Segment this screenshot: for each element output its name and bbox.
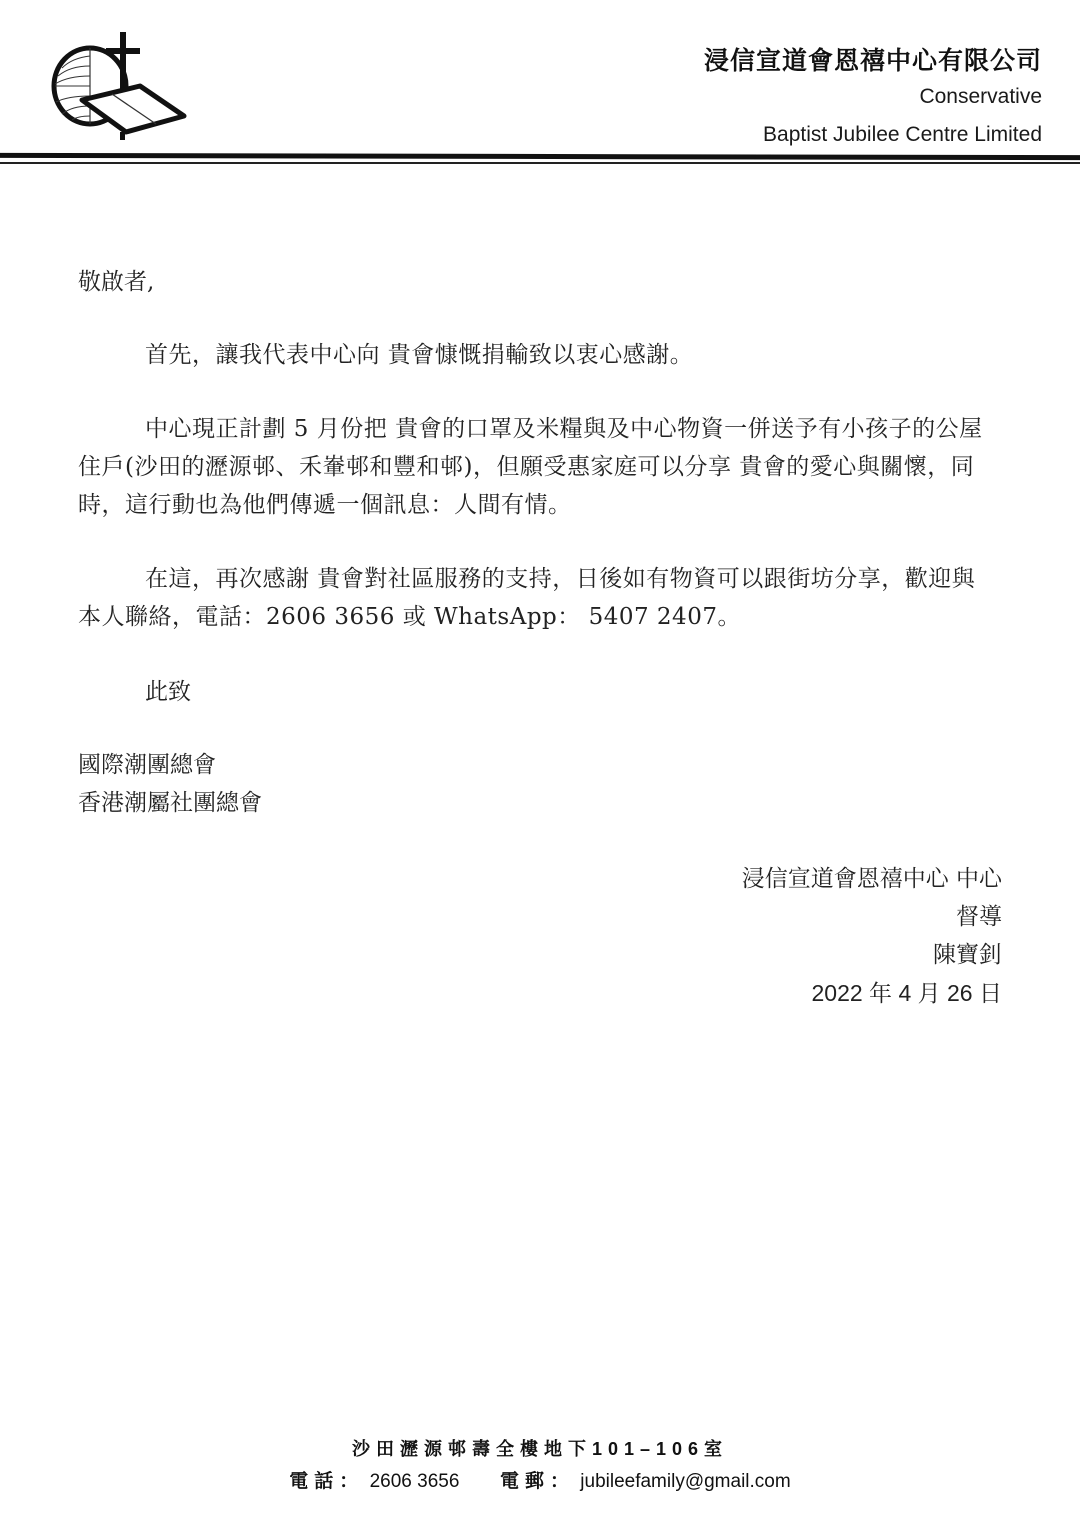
- footer: 沙田瀝源邨壽全樓地下101–106室 電話： 2606 3656 電郵： jub…: [0, 1434, 1080, 1498]
- paragraph-plan: 中心現正計劃 5 月份把 貴會的口罩及米糧與及中心物資一併送予有小孩子的公屋住戶…: [78, 410, 998, 524]
- organization-name-english-line2: Baptist Jubilee Centre Limited: [704, 116, 1042, 154]
- letterhead: 浸信宣道會恩禧中心有限公司 Conservative Baptist Jubil…: [704, 44, 1042, 154]
- signature-date: 2022 年 4 月 26 日: [742, 974, 1002, 1012]
- phone-number: 2606 3656: [370, 1471, 460, 1492]
- paragraph-contact: 在這，再次感謝 貴會對社區服務的支持，日後如有物資可以跟街坊分享，歡迎與本人聯絡…: [78, 560, 998, 636]
- letterhead-divider-thick: [0, 153, 1080, 160]
- recipient: 國際潮團總會: [78, 746, 998, 784]
- organization-logo: [50, 28, 190, 140]
- letterhead-divider-thin: [0, 162, 1080, 164]
- recipient: 香港潮屬社團總會: [78, 784, 998, 822]
- letter-body: 敬啟者, 首先，讓我代表中心向 貴會慷慨捐輸致以衷心感謝。 中心現正計劃 5 月…: [78, 262, 998, 822]
- recipients: 國際潮團總會 香港潮屬社團總會: [78, 746, 998, 822]
- organization-name-chinese: 浸信宣道會恩禧中心有限公司: [704, 44, 1042, 78]
- paragraph-thanks: 首先，讓我代表中心向 貴會慷慨捐輸致以衷心感謝。: [78, 336, 998, 374]
- phone-label: 電話：: [289, 1471, 364, 1492]
- organization-name-english-line1: Conservative: [704, 78, 1042, 116]
- signature-name: 陳寶釗: [742, 936, 1002, 974]
- signature-organization: 浸信宣道會恩禧中心 中心: [742, 860, 1002, 898]
- closing: 此致: [78, 672, 998, 712]
- salutation: 敬啟者,: [78, 262, 998, 302]
- footer-contact: 電話： 2606 3656 電郵： jubileefamily@gmail.co…: [0, 1466, 1080, 1498]
- footer-address: 沙田瀝源邨壽全樓地下101–106室: [0, 1434, 1080, 1464]
- email-label: 電郵：: [500, 1471, 575, 1492]
- signature-block: 浸信宣道會恩禧中心 中心 督導 陳寶釗 2022 年 4 月 26 日: [742, 860, 1002, 1012]
- email-address[interactable]: jubileefamily@gmail.com: [580, 1471, 790, 1492]
- globe-cross-bible-logo-icon: [50, 28, 190, 140]
- signature-title: 督導: [742, 898, 1002, 936]
